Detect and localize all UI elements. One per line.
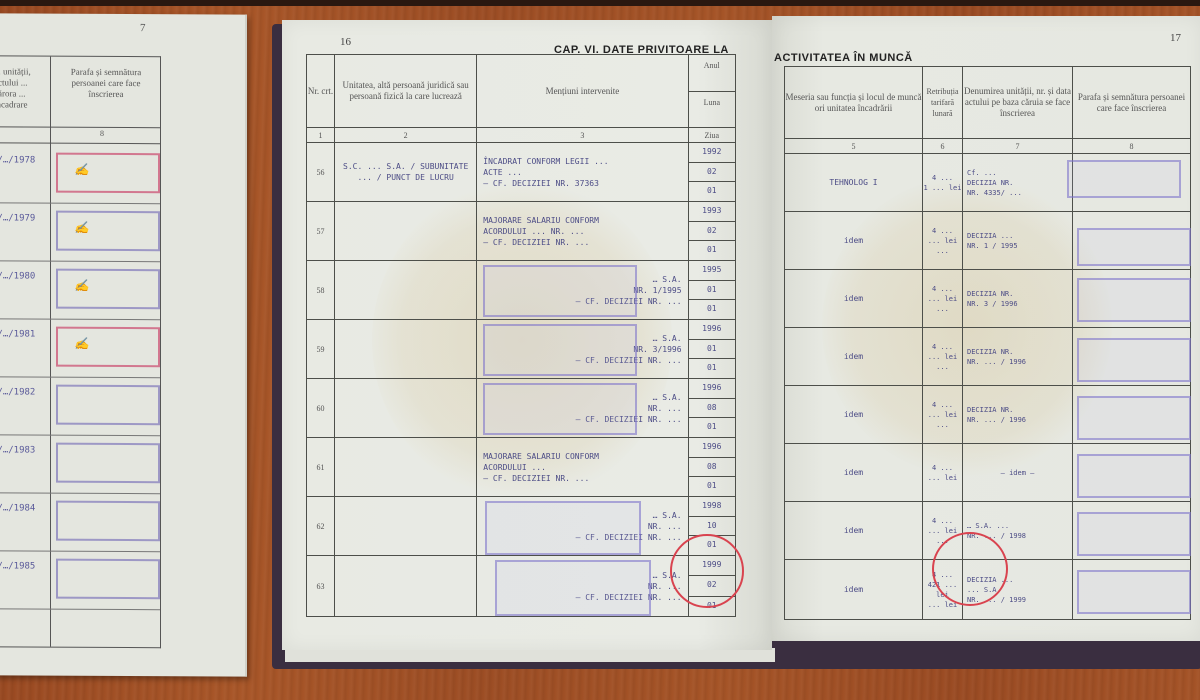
left-booklet-row: …/…/1983 (0, 434, 160, 494)
date-cell: 1996 01 01 (688, 320, 735, 379)
chapter-title-continued: ACTIVITATEA ÎN MUNCĂ (774, 52, 913, 64)
page-16: 16 CAP. VI. DATE PRIVITOARE LA Nr. crt. … (282, 20, 772, 650)
header-act: Denumirea unității, nr. și data actului … (963, 67, 1073, 139)
signature-cell (1073, 386, 1191, 444)
table-row: idem 4 ... ... lei ... DECIZIA ... NR. 1… (785, 212, 1191, 270)
left-booklet-row: …/…/1980 ✍ (0, 260, 160, 320)
signature-cell (1073, 560, 1191, 620)
signature: ✍ (74, 221, 89, 236)
mentions-cell: … S.A. NR. ... — CF. DECIZIEI NR. ... (477, 556, 688, 617)
header-function: Meseria sau funcția și locul de muncă or… (785, 67, 923, 139)
stamp (483, 324, 637, 376)
signature-cell (1073, 502, 1191, 560)
stamp (1077, 338, 1191, 382)
page-17: 17 ACTIVITATEA ÎN MUNCĂ Meseria sau func… (772, 16, 1200, 641)
header-date: Anul Luna (688, 55, 735, 128)
header-signature: Parafa și semnătura persoanei care face … (1073, 67, 1191, 139)
mentions-cell: MAJORARE SALARIU CONFORM ACORDULUI ... —… (477, 438, 688, 497)
table-row: 57 MAJORARE SALARIU CONFORM ACORDULUI ..… (307, 202, 736, 261)
signature-cell (1073, 212, 1191, 270)
salary-cell: 4 ... 1 ... lei (923, 154, 963, 212)
signature-cell (1073, 154, 1191, 212)
left-booklet-header-col2: Parafa și semnătura persoanei care face … (56, 67, 156, 101)
table-row: 61 MAJORARE SALARIU CONFORM ACORDULUI ..… (307, 438, 736, 497)
table-row: 59 … S.A. NR. 3/1996 — CF. DECIZIEI NR. … (307, 320, 736, 379)
date-cell: 1995 01 01 (688, 261, 735, 320)
mentions-cell: MAJORARE SALARIU CONFORM ACORDULUI ... N… (477, 202, 688, 261)
act-cell: — idem — (963, 444, 1073, 502)
mentions-cell: … S.A. NR. 1/1995 — CF. DECIZIEI NR. ... (477, 261, 688, 320)
act-cell: DECIZIA ... NR. 1 / 1995 (963, 212, 1073, 270)
salary-cell: 4 ... ... lei ... (923, 328, 963, 386)
stamp (56, 269, 160, 310)
stamp (1077, 278, 1191, 322)
table-row: 60 … S.A. NR. ... — CF. DECIZIEI NR. ...… (307, 379, 736, 438)
page-number: 17 (1170, 32, 1181, 44)
left-booklet-page-number: 7 (140, 22, 146, 34)
header-row: Nr. crt. Unitatea, altă persoană juridic… (307, 55, 736, 128)
salary-cell: 4 ... ... lei (923, 444, 963, 502)
date-cell: 1993 02 01 (688, 202, 735, 261)
table-row: 58 … S.A. NR. 1/1995 — CF. DECIZIEI NR. … (307, 261, 736, 320)
table-row: idem 4 ... ... lei ... DECIZIA NR. NR. .… (785, 328, 1191, 386)
salary-cell: 4 ... ... lei ... (923, 212, 963, 270)
column-number-row: 5 6 7 8 (785, 139, 1191, 154)
act-cell: DECIZIA NR. NR. ... / 1996 (963, 328, 1073, 386)
column-number-row: 1 2 3 Ziua (307, 128, 736, 143)
act-cell: DECIZIA NR. NR. 3 / 1996 (963, 270, 1073, 328)
table-row: TEHNOLOG I 4 ... 1 ... lei Cf. ... DECIZ… (785, 154, 1191, 212)
act-cell: DECIZIA NR. NR. ... / 1996 (963, 386, 1073, 444)
left-booklet-page: 7 ... unității, actului ... cărora ... î… (0, 13, 247, 676)
table-row: 56 S.C. ... S.A. / SUBUNITATE ... / PUNC… (307, 143, 736, 202)
salary-cell: 4 ... ... lei ... (923, 270, 963, 328)
left-booklet-header-col1: ... unității, actului ... cărora ... înc… (0, 66, 48, 110)
stamp (1077, 396, 1191, 440)
salary-cell: 4 ... ... lei ... (923, 386, 963, 444)
table-row: idem 4 ... ... lei ... DECIZIA NR. NR. 3… (785, 270, 1191, 328)
page-stack-edge (285, 648, 775, 665)
signature: ✍ (74, 279, 89, 294)
red-highlight-circle-date (670, 534, 744, 608)
table-edge (0, 0, 1200, 6)
table-row: idem 4 ... ... lei — idem — (785, 444, 1191, 502)
mentions-cell: … S.A. NR. 3/1996 — CF. DECIZIEI NR. ... (477, 320, 688, 379)
left-booklet-row: …/…/1978 ✍ (0, 144, 160, 204)
left-booklet-row: …/…/1984 (0, 492, 160, 552)
page-number: 16 (340, 36, 351, 48)
stamp (1077, 228, 1191, 266)
stamp (56, 559, 160, 600)
stamp (56, 443, 160, 484)
stamp (56, 385, 160, 426)
date-cell: 1996 08 01 (688, 379, 735, 438)
left-booklet-row: …/…/1981 ✍ (0, 318, 160, 378)
stamp (1067, 160, 1181, 198)
left-booklet-row: …/…/1982 (0, 376, 160, 436)
stamp (485, 501, 641, 555)
stamp-red (56, 153, 160, 194)
stamp (1077, 570, 1191, 614)
date-cell: 1996 08 01 (688, 438, 735, 497)
signature-cell (1073, 444, 1191, 502)
table-row: idem 4 ... ... lei ... DECIZIA NR. NR. .… (785, 386, 1191, 444)
stamp (495, 560, 651, 616)
left-booklet-table: ... unității, actului ... cărora ... înc… (0, 55, 161, 648)
mentions-cell: … S.A. NR. ... — CF. DECIZIEI NR. ... (477, 379, 688, 438)
stamp (483, 265, 637, 317)
signature-cell (1073, 328, 1191, 386)
mentions-cell: … S.A. NR. ... — CF. DECIZIEI NR. ... (477, 497, 688, 556)
header-nr: Nr. crt. (307, 55, 335, 128)
table-row: 62 … S.A. NR. ... — CF. DECIZIEI NR. ...… (307, 497, 736, 556)
stamp (1077, 454, 1191, 498)
stamp (483, 383, 637, 435)
employment-table-left: Nr. crt. Unitatea, altă persoană juridic… (306, 54, 736, 617)
stamp-red (56, 327, 160, 368)
act-cell: Cf. ... DECIZIA NR. NR. 4335/ ... (963, 154, 1073, 212)
mentions-cell: ÎNCADRAT CONFORM LEGII ... ACTE ... — CF… (477, 143, 688, 202)
date-cell: 1992 02 01 (688, 143, 735, 202)
left-booklet-row: …/…/1979 ✍ (0, 202, 160, 262)
left-booklet-column-index: 8 (0, 126, 160, 144)
red-highlight-circle-salary (932, 532, 1008, 606)
left-booklet-header: ... unității, actului ... cărora ... înc… (0, 56, 160, 128)
left-booklet-row: …/…/1985 (0, 550, 160, 610)
signature: ✍ (74, 337, 89, 352)
header-row: Meseria sau funcția și locul de muncă or… (785, 67, 1191, 139)
header-mentions: Mențiuni intervenite (477, 55, 688, 128)
signature: ✍ (74, 163, 89, 178)
stamp (56, 211, 160, 252)
header-salary: Retribuția tarifară lunară (923, 67, 963, 139)
header-unit: Unitatea, altă persoană juridică sau per… (335, 55, 477, 128)
signature-cell (1073, 270, 1191, 328)
stamp (56, 501, 160, 542)
stamp (1077, 512, 1191, 556)
